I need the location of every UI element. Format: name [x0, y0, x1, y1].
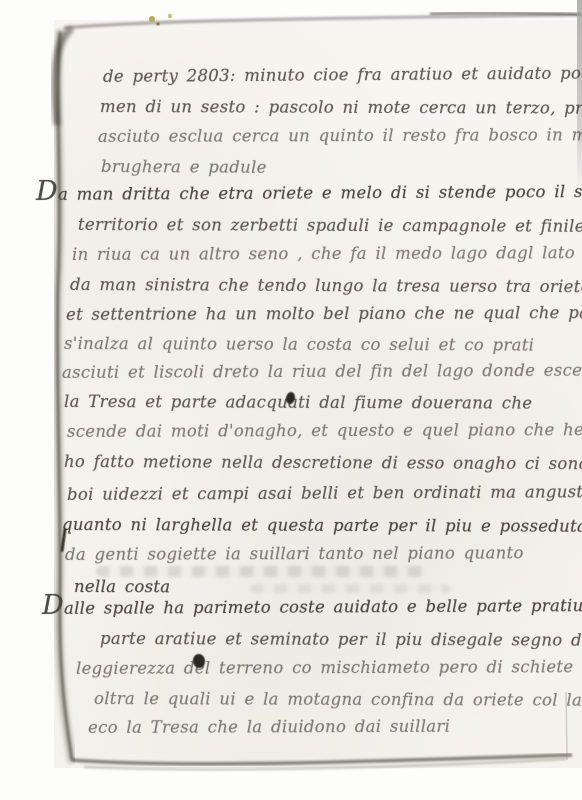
manuscript-line: eco la Tresa che la diuidono dai suillar…: [88, 716, 450, 739]
manuscript-line: de perty 2803: minuto cioe fra aratiuo e…: [103, 63, 582, 88]
scanned-manuscript-page: { "manuscript": { "paragraphs": [ { "lin…: [0, 0, 582, 800]
manuscript-line: Dalle spalle ha parimeto coste auidato e…: [42, 593, 582, 620]
manuscript-line: asciuti et liscoli dreto la riua del fin…: [62, 360, 582, 384]
manuscript-line: ho fatto metione nella descretione di es…: [64, 451, 582, 475]
manuscript-line: quanto ni larghella et questa parte per …: [62, 514, 582, 538]
scan-edge-sliver: [577, 0, 582, 190]
manuscript-line: territorio et son zerbetti spaduli ie ca…: [78, 214, 582, 238]
manuscript-line: leggierezza del terreno co mischiameto p…: [76, 656, 573, 680]
manuscript-line: brughera e padule: [101, 156, 267, 179]
manuscript-line: parte aratiue et seminato per il piu dis…: [100, 628, 582, 652]
manuscript-line: in riua ca un altro seno , che fa il med…: [72, 242, 575, 266]
manuscript-line: Da man dritta che etra oriete e melo di …: [36, 179, 582, 206]
manuscript-line: da man sinistra che tendo lungo la tresa…: [70, 274, 582, 298]
manuscript-line: asciuto esclua cerca un quinto il resto …: [98, 124, 582, 148]
manuscript-line: s'inalza al quinto uerso la costa co sel…: [64, 333, 534, 357]
manuscript-line: da genti sogiette ia suillari tanto nel …: [65, 542, 524, 566]
manuscript-line: men di un sesto : pascolo ni mote cerca …: [100, 96, 582, 120]
manuscript-line: boi uidezzi et campi asai belli et ben o…: [67, 481, 582, 506]
manuscript-line: la Tresa et parte adacquati dal fiume do…: [64, 391, 532, 415]
manuscript-line: et settentrione ha un molto bel piano ch…: [66, 302, 582, 326]
manuscript-line: oltra le quali ui e la motagna confina d…: [94, 688, 582, 712]
manuscript-line: scende dai moti d'onagho, et questo e qu…: [67, 419, 582, 443]
